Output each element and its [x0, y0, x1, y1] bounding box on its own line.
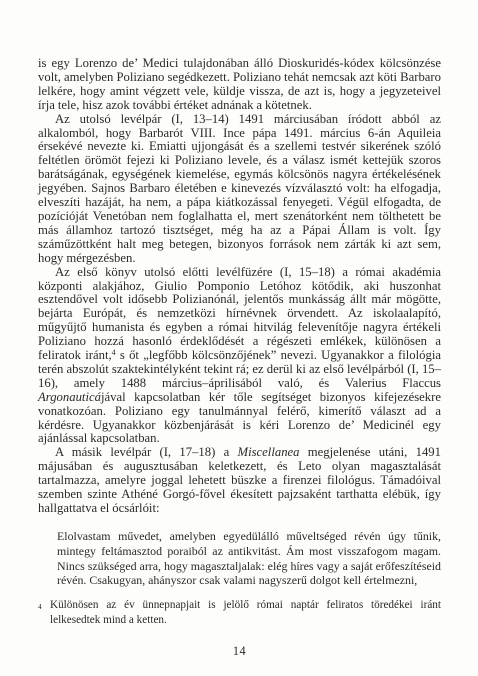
paragraph-text: A másik levélpár (I, 17–18) a [55, 445, 238, 459]
book-page: is egy Lorenzo de’ Medici tulajdonában á… [0, 0, 478, 676]
work-title-italic: Argonauticá [38, 390, 101, 404]
footnote: 4 Különösen az év ünnepnapjait is jelölő… [38, 598, 441, 628]
paragraph: Az utolsó levélpár (I, 13–14) 1491 márci… [38, 113, 441, 266]
paragraph-continuation: is egy Lorenzo de’ Medici tulajdonában á… [38, 57, 441, 113]
paragraph: A másik levélpár (I, 17–18) a Miscellane… [38, 446, 441, 516]
block-quote: Elolvastam művedet, amelyben egyedülálló… [57, 529, 441, 588]
footnote-marker: 4 [38, 598, 50, 628]
paragraph: Az első könyv utolsó előtti levélfüzére … [38, 266, 441, 447]
paragraph-text: Az utolsó levélpár (I, 13–14) 1491 márci… [38, 112, 441, 265]
footnote-text: Különösen az év ünnepnapjait is jelölő r… [50, 598, 441, 628]
page-number: 14 [38, 644, 441, 659]
quote-text: Elolvastam művedet, amelyben egyedülálló… [57, 529, 441, 587]
work-title-italic: Miscellanea [238, 445, 300, 459]
paragraph-text: is egy Lorenzo de’ Medici tulajdonában á… [38, 56, 441, 112]
